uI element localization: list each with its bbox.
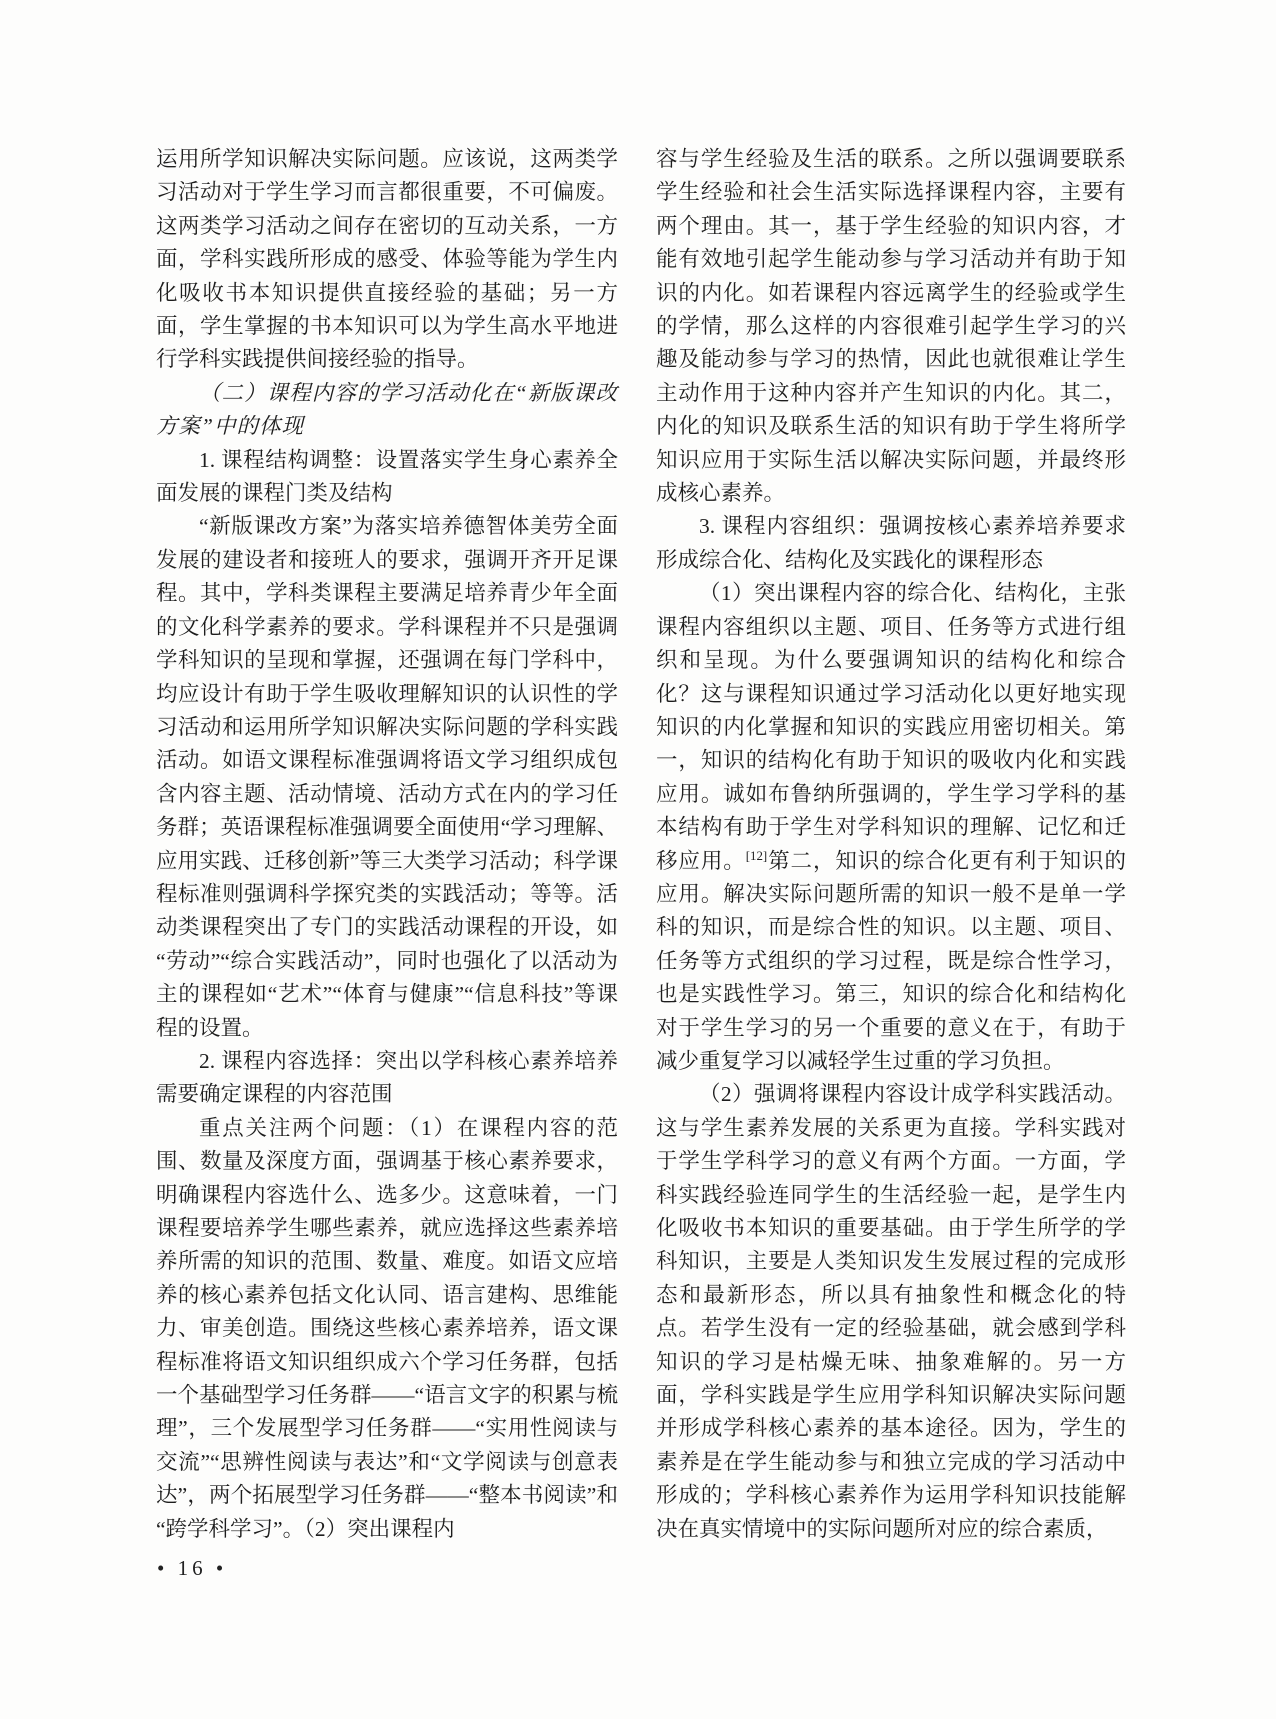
text-run: （1）突出课程内容的综合化、结构化，主张课程内容组织以主题、项目、任务等方式进行…: [656, 581, 1126, 872]
text-run: （2）强调将课程内容设计成学科实践活动。这与学生素养发展的关系更为直接。学科实践…: [656, 1082, 1126, 1540]
section-heading: （二）课程内容的学习活动化在“新版课改方案”中的体现: [156, 377, 618, 444]
text-block: 运用所学知识解决实际问题。应该说，这两类学习活动对于学生学习而言都很重要，不可偏…: [156, 143, 1126, 1546]
numbered-heading: 1. 课程结构调整：设置落实学生身心素养全面发展的课程门类及结构: [156, 444, 618, 511]
column-left: 运用所学知识解决实际问题。应该说，这两类学习活动对于学生学习而言都很重要，不可偏…: [156, 143, 618, 1546]
text-run: 2. 课程内容选择：突出以学科核心素养培养需要确定课程的内容范围: [156, 1049, 618, 1106]
text-run: 第二，知识的综合化更有利于知识的应用。解决实际问题所需的知识一般不是单一学科的知…: [656, 849, 1126, 1073]
paragraph: （1）突出课程内容的综合化、结构化，主张课程内容组织以主题、项目、任务等方式进行…: [656, 577, 1126, 1078]
page-number-text: • 16 •: [157, 1556, 227, 1580]
text-run: “新版课改方案”为落实培养德智体美劳全面发展的建设者和接班人的要求，强调开齐开足…: [156, 514, 618, 1039]
journal-page: 运用所学知识解决实际问题。应该说，这两类学习活动对于学生学习而言都很重要，不可偏…: [0, 0, 1276, 1719]
citation-marker: [12]: [746, 848, 767, 862]
paragraph: （2）强调将课程内容设计成学科实践活动。这与学生素养发展的关系更为直接。学科实践…: [656, 1078, 1126, 1546]
column-right: 容与学生经验及生活的联系。之所以强调要联系学生经验和社会生活实际选择课程内容，主…: [656, 143, 1126, 1546]
numbered-heading: 3. 课程内容组织：强调按核心素养培养要求形成综合化、结构化及实践化的课程形态: [656, 510, 1126, 577]
text-run: （二）课程内容的学习活动化在“新版课改方案”中的体现: [156, 381, 618, 438]
numbered-heading: 2. 课程内容选择：突出以学科核心素养培养需要确定课程的内容范围: [156, 1045, 618, 1112]
text-run: 3. 课程内容组织：强调按核心素养培养要求形成综合化、结构化及实践化的课程形态: [656, 514, 1126, 571]
paragraph: “新版课改方案”为落实培养德智体美劳全面发展的建设者和接班人的要求，强调开齐开足…: [156, 510, 618, 1045]
text-run: 1. 课程结构调整：设置落实学生身心素养全面发展的课程门类及结构: [156, 448, 618, 505]
paragraph: 运用所学知识解决实际问题。应该说，这两类学习活动对于学生学习而言都很重要，不可偏…: [156, 143, 618, 377]
page-number: • 16 •: [157, 1552, 227, 1585]
paragraph: 容与学生经验及生活的联系。之所以强调要联系学生经验和社会生活实际选择课程内容，主…: [656, 143, 1126, 510]
text-run: 容与学生经验及生活的联系。之所以强调要联系学生经验和社会生活实际选择课程内容，主…: [656, 147, 1126, 505]
paragraph: 重点关注两个问题：（1）在课程内容的范围、数量及深度方面，强调基于核心素养要求，…: [156, 1112, 618, 1546]
text-run: 运用所学知识解决实际问题。应该说，这两类学习活动对于学生学习而言都很重要，不可偏…: [156, 147, 618, 371]
text-run: 重点关注两个问题：（1）在课程内容的范围、数量及深度方面，强调基于核心素养要求，…: [156, 1116, 618, 1541]
